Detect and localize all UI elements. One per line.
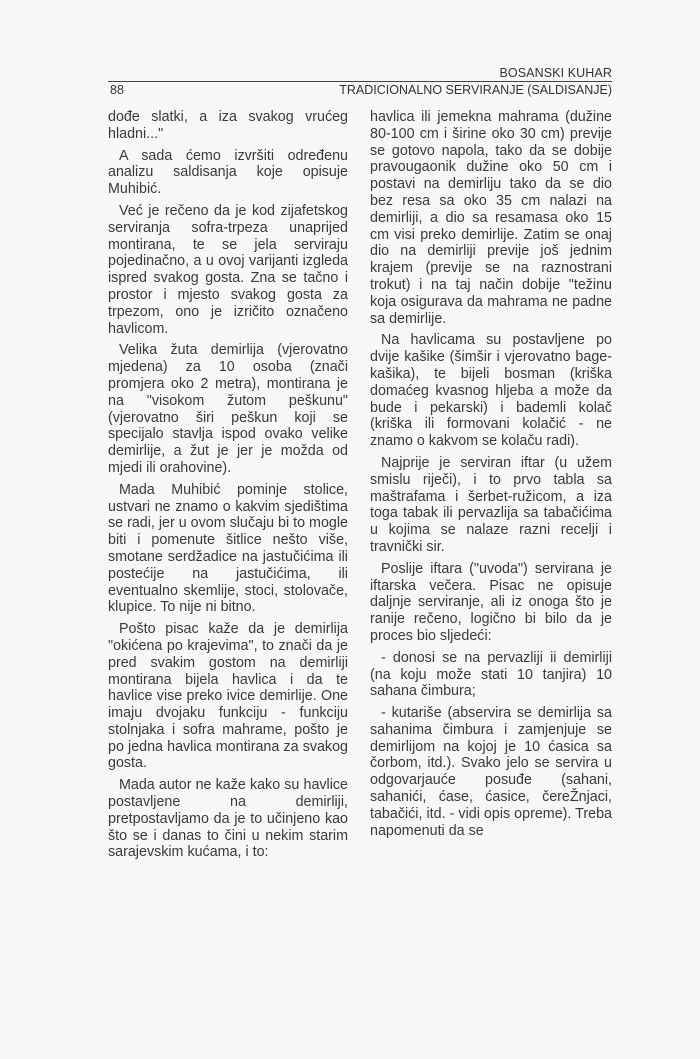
page-number: 88: [110, 83, 124, 97]
left-text-column: dođe slatki, a iza svakog vrućeg hladni.…: [108, 109, 348, 866]
paragraph: havlica ili jemekna mahrama (dužine 80-1…: [370, 109, 612, 327]
paragraph: dođe slatki, a iza svakog vrućeg hladni.…: [108, 109, 348, 143]
paragraph: Već je rečeno da je kod zijafetskog serv…: [108, 203, 348, 337]
running-header-chapter-title: TRADICIONALNO SERVIRANJE (SALDISANJE): [339, 83, 612, 97]
book-page: BOSANSKI KUHAR 88 TRADICIONALNO SERVIRAN…: [0, 0, 700, 1059]
paragraph: Pošto pisac kaže da je demirlija "okićen…: [108, 621, 348, 772]
paragraph: Mada Muhibić pominje stolice, ustvari ne…: [108, 482, 348, 616]
running-header-book-title: BOSANSKI KUHAR: [499, 66, 612, 80]
paragraph: Najprije je serviran iftar (u užem smisl…: [370, 455, 612, 556]
list-item-paragraph: - donosi se na pervazliji ii demirliji (…: [370, 650, 612, 700]
header-divider: [108, 81, 612, 82]
paragraph: Mada autor ne kaže kako su havlice posta…: [108, 777, 348, 861]
list-item-paragraph: - kutariše (abservira se demirlija sa sa…: [370, 705, 612, 839]
paragraph: Na havlicama su postavljene po dvije kaš…: [370, 332, 612, 450]
right-text-column: havlica ili jemekna mahrama (dužine 80-1…: [370, 109, 612, 844]
paragraph: Velika žuta demirlija (vjerovatno mjeden…: [108, 342, 348, 476]
paragraph: A sada ćemo izvršiti određenu analizu sa…: [108, 148, 348, 198]
paragraph: Poslije iftara ("uvoda") servirana je if…: [370, 561, 612, 645]
